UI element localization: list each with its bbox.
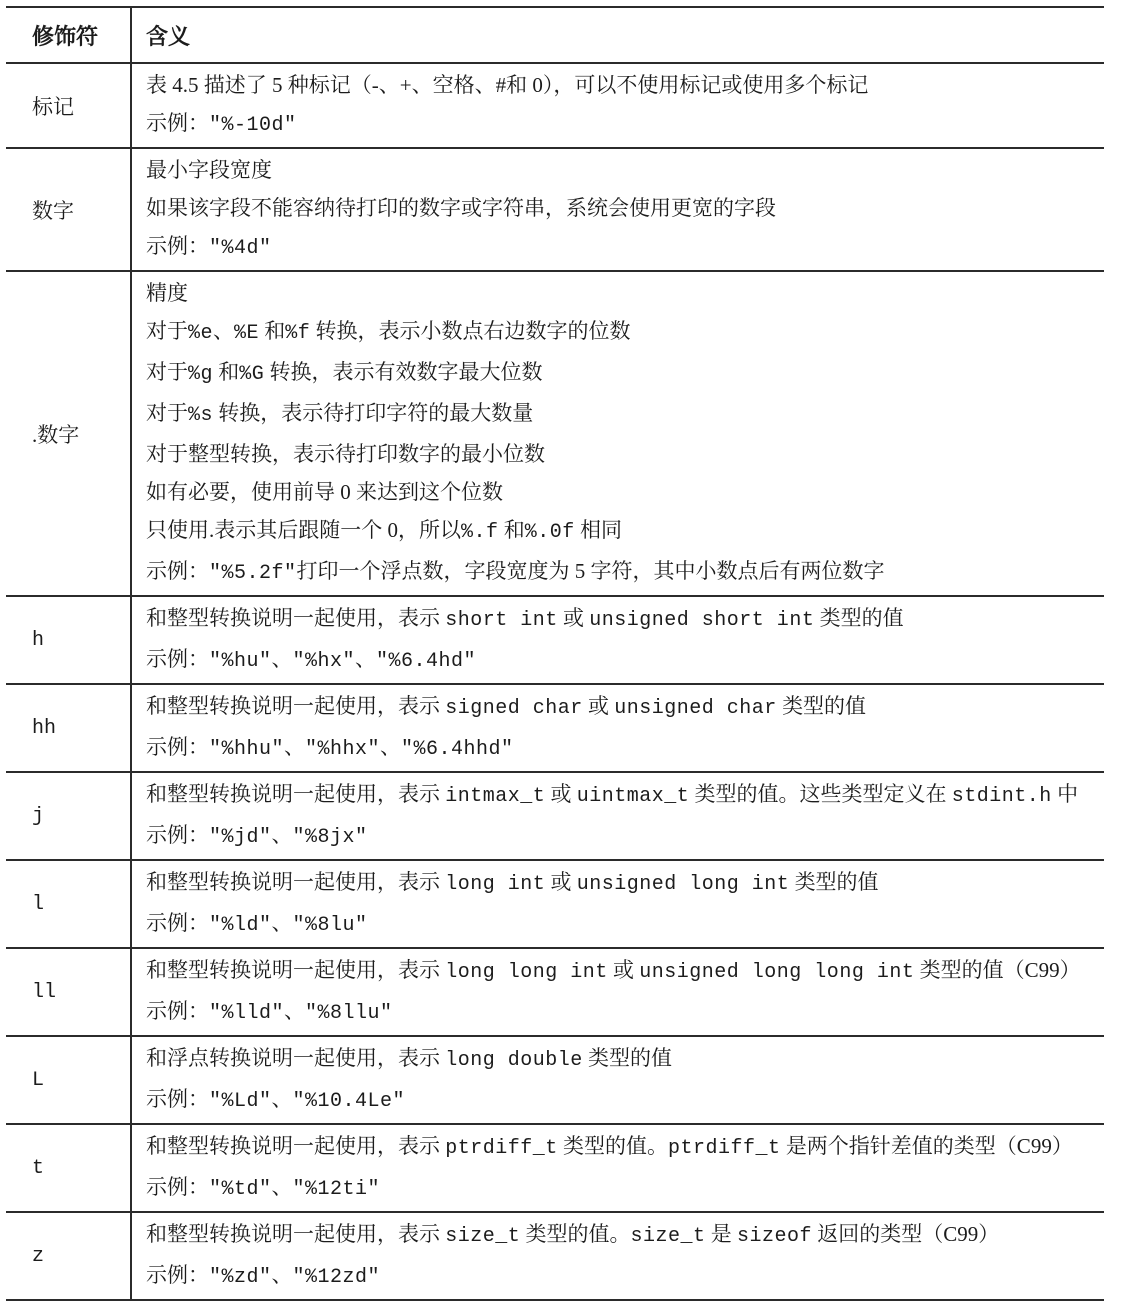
text-segment: 最小字段宽度 (146, 158, 272, 182)
meaning-line: 和整型转换说明一起使用，表示 size_t 类型的值。size_t 是 size… (146, 1215, 999, 1256)
text-segment: 对于 (146, 401, 188, 425)
code-segment: long long int (445, 961, 608, 984)
text-segment: 对于整型转换，表示待打印数字的最小位数 (146, 442, 545, 466)
meaning-line: 示例："%5.2f"打印一个浮点数，字段宽度为 5 字符，其中小数点后有两位数字 (146, 552, 885, 593)
meaning-cell: 和整型转换说明一起使用，表示 intmax_t 或 uintmax_t 类型的值… (132, 773, 1104, 859)
text-segment: 转换，表示待打印字符的最大数量 (213, 401, 533, 425)
modifier-label: .数字 (32, 419, 79, 449)
code-segment: "%td" (209, 1178, 272, 1201)
text-segment: 类型的值。 (520, 1222, 630, 1246)
meaning-line: 示例："%jd"、"%8jx" (146, 816, 1078, 857)
modifier-label: j (32, 805, 44, 828)
text-segment: 示例： (146, 911, 209, 935)
code-segment: "%hhx" (305, 738, 380, 761)
modifier-cell: l (6, 861, 132, 947)
text-segment: 或 (608, 958, 640, 982)
code-segment: %s (188, 404, 213, 427)
table-row: hh 和整型转换说明一起使用，表示 signed char 或 unsigned… (6, 685, 1104, 773)
meaning-line: 最小字段宽度 (146, 151, 776, 189)
code-segment: size_t (631, 1225, 706, 1248)
meaning-line: 和整型转换说明一起使用，表示 long long int 或 unsigned … (146, 951, 1081, 992)
meaning-cell: 表 4.5 描述了 5 种标记（-、+、空格、#和 0），可以不使用标记或使用多… (132, 64, 1104, 147)
meaning-line: 示例："%hhu"、"%hhx"、"%6.4hhd" (146, 728, 866, 769)
text-segment: 和整型转换说明一起使用，表示 (146, 1134, 445, 1158)
meaning-line: 示例："%4d" (146, 227, 776, 268)
meaning-lines: 精度对于%e、%E 和%f 转换，表示小数点右边数字的位数对于%g 和%G 转换… (146, 274, 885, 593)
text-segment: 、 (213, 319, 234, 343)
text-segment: 对于 (146, 319, 188, 343)
text-segment: 或 (583, 694, 615, 718)
text-segment: 转换，表示有效数字最大位数 (264, 360, 542, 384)
text-segment: 、 (272, 647, 293, 671)
text-segment: 类型的值 (777, 694, 866, 718)
modifier-cell: hh (6, 685, 132, 771)
text-segment: 示例： (146, 1175, 209, 1199)
text-segment: 精度 (146, 281, 188, 305)
text-segment: 和 (499, 518, 525, 542)
code-segment: "%6.4hd" (376, 650, 476, 673)
code-segment: unsigned long long int (639, 961, 914, 984)
meaning-line: 表 4.5 描述了 5 种标记（-、+、空格、#和 0），可以不使用标记或使用多… (146, 66, 868, 104)
code-segment: %f (285, 322, 310, 345)
code-segment: uintmax_t (577, 785, 690, 808)
meaning-line: 对于整型转换，表示待打印数字的最小位数 (146, 435, 885, 473)
meaning-cell: 和整型转换说明一起使用，表示 long int 或 unsigned long … (132, 861, 1104, 947)
table-row: 数字 最小字段宽度如果该字段不能容纳待打印的数字或字符串，系统会使用更宽的字段示… (6, 149, 1104, 272)
code-segment: intmax_t (445, 785, 545, 808)
code-segment: "%5.2f" (209, 562, 297, 585)
text-segment: 和整型转换说明一起使用，表示 (146, 606, 445, 630)
text-segment: 类型的值 (583, 1046, 672, 1070)
text-segment: 是 (706, 1222, 738, 1246)
meaning-line: 和整型转换说明一起使用，表示 ptrdiff_t 类型的值。ptrdiff_t … (146, 1127, 1073, 1168)
text-segment: 示例： (146, 999, 209, 1023)
table-row: z 和整型转换说明一起使用，表示 size_t 类型的值。size_t 是 si… (6, 1213, 1104, 1301)
text-segment: 类型的值 (814, 606, 903, 630)
meaning-cell: 和浮点转换说明一起使用，表示 long double 类型的值示例："%Ld"、… (132, 1037, 1104, 1123)
text-segment: 和整型转换说明一起使用，表示 (146, 870, 445, 894)
code-segment: %E (234, 322, 259, 345)
code-segment: %.0f (525, 521, 575, 544)
meaning-line: 和整型转换说明一起使用，表示 intmax_t 或 uintmax_t 类型的值… (146, 775, 1078, 816)
code-segment: "%8jx" (293, 826, 368, 849)
code-segment: "%12ti" (293, 1178, 381, 1201)
text-segment: 类型的值。 (558, 1134, 668, 1158)
text-segment: 示例： (146, 735, 209, 759)
table-row: ll 和整型转换说明一起使用，表示 long long int 或 unsign… (6, 949, 1104, 1037)
modifier-label: ll (32, 981, 56, 1004)
text-segment: 示例： (146, 559, 209, 583)
meaning-line: 示例："%zd"、"%12zd" (146, 1256, 999, 1297)
code-segment: "%8lu" (293, 914, 368, 937)
meaning-line: 示例："%lld"、"%8llu" (146, 992, 1081, 1033)
meaning-lines: 和整型转换说明一起使用，表示 short int 或 unsigned shor… (146, 599, 904, 681)
text-segment: 和浮点转换说明一起使用，表示 (146, 1046, 445, 1070)
modifier-label: 标记 (32, 91, 74, 121)
code-segment: "%10.4Le" (293, 1090, 406, 1113)
meaning-lines: 和整型转换说明一起使用，表示 long int 或 unsigned long … (146, 863, 879, 945)
table-row: 标记 表 4.5 描述了 5 种标记（-、+、空格、#和 0），可以不使用标记或… (6, 64, 1104, 149)
code-segment: unsigned char (614, 697, 777, 720)
code-segment: size_t (445, 1225, 520, 1248)
text-segment: 如有必要，使用前导 0 来达到这个位数 (146, 480, 503, 504)
meaning-line: 和浮点转换说明一起使用，表示 long double 类型的值 (146, 1039, 672, 1080)
meaning-lines: 和整型转换说明一起使用，表示 ptrdiff_t 类型的值。ptrdiff_t … (146, 1127, 1073, 1209)
meaning-cell: 最小字段宽度如果该字段不能容纳待打印的数字或字符串，系统会使用更宽的字段示例："… (132, 149, 1104, 270)
text-segment: 类型的值。这些类型定义在 (689, 782, 952, 806)
meaning-line: 和整型转换说明一起使用，表示 signed char 或 unsigned ch… (146, 687, 866, 728)
text-segment: 或 (545, 870, 577, 894)
meaning-lines: 最小字段宽度如果该字段不能容纳待打印的数字或字符串，系统会使用更宽的字段示例："… (146, 151, 776, 268)
meaning-cell: 和整型转换说明一起使用，表示 ptrdiff_t 类型的值。ptrdiff_t … (132, 1125, 1104, 1211)
code-segment: "%12zd" (293, 1266, 381, 1289)
code-segment: "%lld" (209, 1002, 284, 1025)
text-segment: 中 (1052, 782, 1078, 806)
code-segment: "%zd" (209, 1266, 272, 1289)
text-segment: 和整型转换说明一起使用，表示 (146, 782, 445, 806)
code-segment: ptrdiff_t (668, 1137, 781, 1160)
meaning-cell: 和整型转换说明一起使用，表示 short int 或 unsigned shor… (132, 597, 1104, 683)
modifier-cell: 数字 (6, 149, 132, 270)
code-segment: long int (445, 873, 545, 896)
table-header-row: 修饰符 含义 (6, 8, 1104, 64)
modifier-label: z (32, 1245, 44, 1268)
printf-modifier-table: 修饰符 含义 标记 表 4.5 描述了 5 种标记（-、+、空格、#和 0），可… (6, 6, 1104, 1301)
table-row: l 和整型转换说明一起使用，表示 long int 或 unsigned lon… (6, 861, 1104, 949)
modifier-cell: t (6, 1125, 132, 1211)
modifier-cell: z (6, 1213, 132, 1299)
meaning-lines: 和整型转换说明一起使用，表示 intmax_t 或 uintmax_t 类型的值… (146, 775, 1078, 857)
text-segment: 或 (545, 782, 577, 806)
modifier-label: 数字 (32, 195, 74, 225)
modifier-label: hh (32, 717, 56, 740)
text-segment: 、 (272, 1087, 293, 1111)
text-segment: 、 (272, 1263, 293, 1287)
text-segment: 、 (380, 735, 401, 759)
code-segment: %G (239, 363, 264, 386)
table-row: j 和整型转换说明一起使用，表示 intmax_t 或 uintmax_t 类型… (6, 773, 1104, 861)
modifier-label: l (32, 893, 44, 916)
code-segment: long double (445, 1049, 583, 1072)
code-segment: stdint.h (952, 785, 1052, 808)
meaning-line: 示例："%-10d" (146, 104, 868, 145)
code-segment: "%8llu" (305, 1002, 393, 1025)
meaning-line: 只使用.表示其后跟随一个 0，所以%.f 和%.0f 相同 (146, 511, 885, 552)
meaning-lines: 表 4.5 描述了 5 种标记（-、+、空格、#和 0），可以不使用标记或使用多… (146, 66, 868, 145)
meaning-line: 和整型转换说明一起使用，表示 long int 或 unsigned long … (146, 863, 879, 904)
text-segment: 和整型转换说明一起使用，表示 (146, 958, 445, 982)
table-row: h 和整型转换说明一起使用，表示 short int 或 unsigned sh… (6, 597, 1104, 685)
code-segment: %.f (461, 521, 499, 544)
text-segment: 示例： (146, 823, 209, 847)
text-segment: 示例： (146, 234, 209, 258)
text-segment: 示例： (146, 1263, 209, 1287)
code-segment: unsigned long int (577, 873, 790, 896)
text-segment: 、 (284, 735, 305, 759)
meaning-line: 对于%g 和%G 转换，表示有效数字最大位数 (146, 353, 885, 394)
modifier-cell: .数字 (6, 272, 132, 595)
table-body: 标记 表 4.5 描述了 5 种标记（-、+、空格、#和 0），可以不使用标记或… (6, 64, 1104, 1301)
meaning-cell: 和整型转换说明一起使用，表示 size_t 类型的值。size_t 是 size… (132, 1213, 1104, 1299)
column-header-modifier: 修饰符 (6, 8, 132, 62)
code-segment: "%hx" (293, 650, 356, 673)
text-segment: 相同 (575, 518, 622, 542)
table-row: t 和整型转换说明一起使用，表示 ptrdiff_t 类型的值。ptrdiff_… (6, 1125, 1104, 1213)
text-segment: 、 (272, 823, 293, 847)
text-segment: 只使用.表示其后跟随一个 0，所以 (146, 518, 461, 542)
text-segment: 、 (284, 999, 305, 1023)
meaning-line: 精度 (146, 274, 885, 312)
code-segment: %e (188, 322, 213, 345)
text-segment: 、 (272, 1175, 293, 1199)
meaning-line: 对于%e、%E 和%f 转换，表示小数点右边数字的位数 (146, 312, 885, 353)
text-segment: 或 (558, 606, 590, 630)
text-segment: 和整型转换说明一起使用，表示 (146, 694, 445, 718)
text-segment: 类型的值（C99） (914, 958, 1080, 982)
meaning-line: 示例："%Ld"、"%10.4Le" (146, 1080, 672, 1121)
text-segment: 和 (213, 360, 239, 384)
modifier-label: h (32, 629, 44, 652)
text-segment: 、 (355, 647, 376, 671)
meaning-cell: 和整型转换说明一起使用，表示 long long int 或 unsigned … (132, 949, 1104, 1035)
code-segment: signed char (445, 697, 583, 720)
meaning-lines: 和整型转换说明一起使用，表示 size_t 类型的值。size_t 是 size… (146, 1215, 999, 1297)
meaning-line: 示例："%hu"、"%hx"、"%6.4hd" (146, 640, 904, 681)
modifier-cell: L (6, 1037, 132, 1123)
text-segment: 打印一个浮点数，字段宽度为 5 字符，其中小数点后有两位数字 (297, 559, 885, 583)
code-segment: sizeof (737, 1225, 812, 1248)
meaning-lines: 和整型转换说明一起使用，表示 long long int 或 unsigned … (146, 951, 1081, 1033)
meaning-lines: 和浮点转换说明一起使用，表示 long double 类型的值示例："%Ld"、… (146, 1039, 672, 1121)
meaning-cell: 精度对于%e、%E 和%f 转换，表示小数点右边数字的位数对于%g 和%G 转换… (132, 272, 1104, 595)
modifier-label: t (32, 1157, 44, 1180)
text-segment: 和 (259, 319, 285, 343)
meaning-line: 对于%s 转换，表示待打印字符的最大数量 (146, 394, 885, 435)
meaning-lines: 和整型转换说明一起使用，表示 signed char 或 unsigned ch… (146, 687, 866, 769)
meaning-line: 示例："%ld"、"%8lu" (146, 904, 879, 945)
meaning-cell: 和整型转换说明一起使用，表示 signed char 或 unsigned ch… (132, 685, 1104, 771)
meaning-line: 和整型转换说明一起使用，表示 short int 或 unsigned shor… (146, 599, 904, 640)
table-row: L 和浮点转换说明一起使用，表示 long double 类型的值示例："%Ld… (6, 1037, 1104, 1125)
code-segment: "%4d" (209, 237, 272, 260)
text-segment: 和整型转换说明一起使用，表示 (146, 1222, 445, 1246)
modifier-cell: h (6, 597, 132, 683)
modifier-label: L (32, 1069, 44, 1092)
code-segment: %g (188, 363, 213, 386)
text-segment: 表 4.5 描述了 5 种标记（-、+、空格、#和 0），可以不使用标记或使用多… (146, 73, 868, 97)
text-segment: 、 (272, 911, 293, 935)
text-segment: 类型的值 (789, 870, 878, 894)
code-segment: "%Ld" (209, 1090, 272, 1113)
code-segment: ptrdiff_t (445, 1137, 558, 1160)
meaning-line: 示例："%td"、"%12ti" (146, 1168, 1073, 1209)
code-segment: unsigned short int (589, 609, 814, 632)
text-segment: 转换，表示小数点右边数字的位数 (310, 319, 630, 343)
text-segment: 示例： (146, 1087, 209, 1111)
text-segment: 返回的类型（C99） (812, 1222, 999, 1246)
code-segment: short int (445, 609, 558, 632)
column-header-meaning: 含义 (132, 8, 1104, 62)
code-segment: "%-10d" (209, 114, 297, 137)
text-segment: 是两个指针差值的类型（C99） (781, 1134, 1073, 1158)
text-segment: 如果该字段不能容纳待打印的数字或字符串，系统会使用更宽的字段 (146, 196, 776, 220)
code-segment: "%hhu" (209, 738, 284, 761)
table-row: .数字 精度对于%e、%E 和%f 转换，表示小数点右边数字的位数对于%g 和%… (6, 272, 1104, 597)
code-segment: "%jd" (209, 826, 272, 849)
text-segment: 对于 (146, 360, 188, 384)
text-segment: 示例： (146, 111, 209, 135)
meaning-line: 如有必要，使用前导 0 来达到这个位数 (146, 473, 885, 511)
text-segment: 示例： (146, 647, 209, 671)
modifier-cell: j (6, 773, 132, 859)
code-segment: "%hu" (209, 650, 272, 673)
code-segment: "%6.4hhd" (401, 738, 514, 761)
modifier-cell: ll (6, 949, 132, 1035)
meaning-line: 如果该字段不能容纳待打印的数字或字符串，系统会使用更宽的字段 (146, 189, 776, 227)
code-segment: "%ld" (209, 914, 272, 937)
modifier-cell: 标记 (6, 64, 132, 147)
book-page: 修饰符 含义 标记 表 4.5 描述了 5 种标记（-、+、空格、#和 0），可… (0, 0, 1126, 1301)
